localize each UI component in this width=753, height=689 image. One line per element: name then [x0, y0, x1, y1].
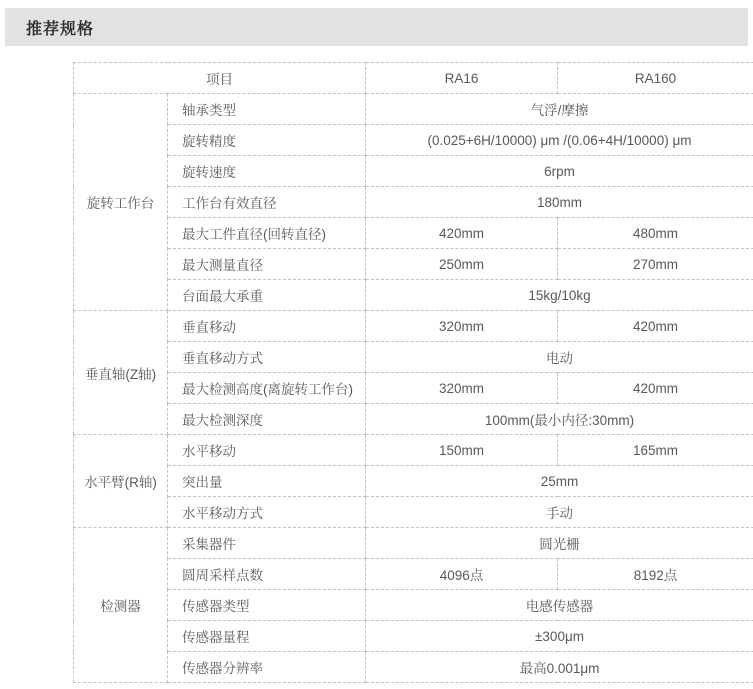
group-label-rotary-table: 旋转工作台 [74, 94, 168, 311]
section-title-band: 推荐规格 [5, 8, 748, 46]
spec-value-shared: 电感传感器 [366, 590, 753, 621]
spec-value-shared: 25mm [366, 466, 753, 497]
table-row: 突出量 25mm [74, 466, 753, 497]
spec-label: 轴承类型 [168, 94, 366, 125]
table-row: 最大检测深度 100mm(最小内径:30mm) [74, 404, 753, 435]
spec-value-ra16: 320mm [366, 373, 558, 404]
group-label-r-axis: 水平臂(R轴) [74, 435, 168, 528]
table-row: 传感器类型 电感传感器 [74, 590, 753, 621]
header-item: 项目 [74, 63, 366, 94]
spec-value-ra16: 150mm [366, 435, 558, 466]
spec-label: 工作台有效直径 [168, 187, 366, 218]
table-header-row: 项目 RA16 RA160 [74, 63, 753, 94]
spec-table: 项目 RA16 RA160 旋转工作台 轴承类型 气浮/摩擦 旋转精度 (0.0… [73, 62, 753, 683]
spec-label: 水平移动方式 [168, 497, 366, 528]
spec-label: 旋转精度 [168, 125, 366, 156]
spec-label: 最大检测深度 [168, 404, 366, 435]
table-row: 垂直轴(Z轴) 垂直移动 320mm 420mm [74, 311, 753, 342]
spec-value-shared: 气浮/摩擦 [366, 94, 753, 125]
spec-value-shared: 180mm [366, 187, 753, 218]
header-ra160: RA160 [558, 63, 753, 94]
table-row: 工作台有效直径 180mm [74, 187, 753, 218]
table-row: 水平臂(R轴) 水平移动 150mm 165mm [74, 435, 753, 466]
header-ra16: RA16 [366, 63, 558, 94]
spec-label: 圆周采样点数 [168, 559, 366, 590]
spec-label: 传感器分辨率 [168, 652, 366, 683]
page: 推荐规格 项目 RA16 RA160 旋转工作台 轴承类型 气浮/摩擦 旋转精度… [0, 0, 753, 689]
spec-value-shared: 手动 [366, 497, 753, 528]
spec-label: 传感器量程 [168, 621, 366, 652]
spec-label: 旋转速度 [168, 156, 366, 187]
table-row: 旋转速度 6rpm [74, 156, 753, 187]
group-label-detector: 检测器 [74, 528, 168, 683]
spec-value-ra160: 420mm [558, 373, 753, 404]
spec-value-ra160: 270mm [558, 249, 753, 280]
spec-value-ra160: 165mm [558, 435, 753, 466]
spec-label: 台面最大承重 [168, 280, 366, 311]
spec-value-shared: 电动 [366, 342, 753, 373]
spec-label: 垂直移动方式 [168, 342, 366, 373]
spec-label: 水平移动 [168, 435, 366, 466]
spec-value-ra160: 8192点 [558, 559, 753, 590]
table-row: 水平移动方式 手动 [74, 497, 753, 528]
spec-label: 最大检测高度(离旋转工作台) [168, 373, 366, 404]
spec-value-ra16: 4096点 [366, 559, 558, 590]
spec-value-shared: 100mm(最小内径:30mm) [366, 404, 753, 435]
spec-value-shared: 圆光栅 [366, 528, 753, 559]
spec-value-shared: (0.025+6H/10000) μm /(0.06+4H/10000) μm [366, 125, 753, 156]
spec-label: 传感器类型 [168, 590, 366, 621]
spec-label: 突出量 [168, 466, 366, 497]
table-row: 传感器分辨率 最高0.001μm [74, 652, 753, 683]
spec-label: 垂直移动 [168, 311, 366, 342]
table-row: 台面最大承重 15kg/10kg [74, 280, 753, 311]
spec-value-ra16: 420mm [366, 218, 558, 249]
table-row: 最大工件直径(回转直径) 420mm 480mm [74, 218, 753, 249]
table-row: 圆周采样点数 4096点 8192点 [74, 559, 753, 590]
group-label-z-axis: 垂直轴(Z轴) [74, 311, 168, 435]
spec-value-ra160: 420mm [558, 311, 753, 342]
table-row: 最大测量直径 250mm 270mm [74, 249, 753, 280]
spec-label: 采集器件 [168, 528, 366, 559]
table-row: 旋转精度 (0.025+6H/10000) μm /(0.06+4H/10000… [74, 125, 753, 156]
table-row: 垂直移动方式 电动 [74, 342, 753, 373]
spec-value-shared: 6rpm [366, 156, 753, 187]
table-row: 旋转工作台 轴承类型 气浮/摩擦 [74, 94, 753, 125]
spec-value-shared: 最高0.001μm [366, 652, 753, 683]
spec-value-ra16: 250mm [366, 249, 558, 280]
spec-value-shared: ±300μm [366, 621, 753, 652]
spec-label: 最大工件直径(回转直径) [168, 218, 366, 249]
spec-value-ra160: 480mm [558, 218, 753, 249]
page-title: 推荐规格 [5, 16, 94, 39]
table-row: 检测器 采集器件 圆光栅 [74, 528, 753, 559]
table-row: 最大检测高度(离旋转工作台) 320mm 420mm [74, 373, 753, 404]
spec-value-shared: 15kg/10kg [366, 280, 753, 311]
table-row: 传感器量程 ±300μm [74, 621, 753, 652]
spec-value-ra16: 320mm [366, 311, 558, 342]
spec-label: 最大测量直径 [168, 249, 366, 280]
